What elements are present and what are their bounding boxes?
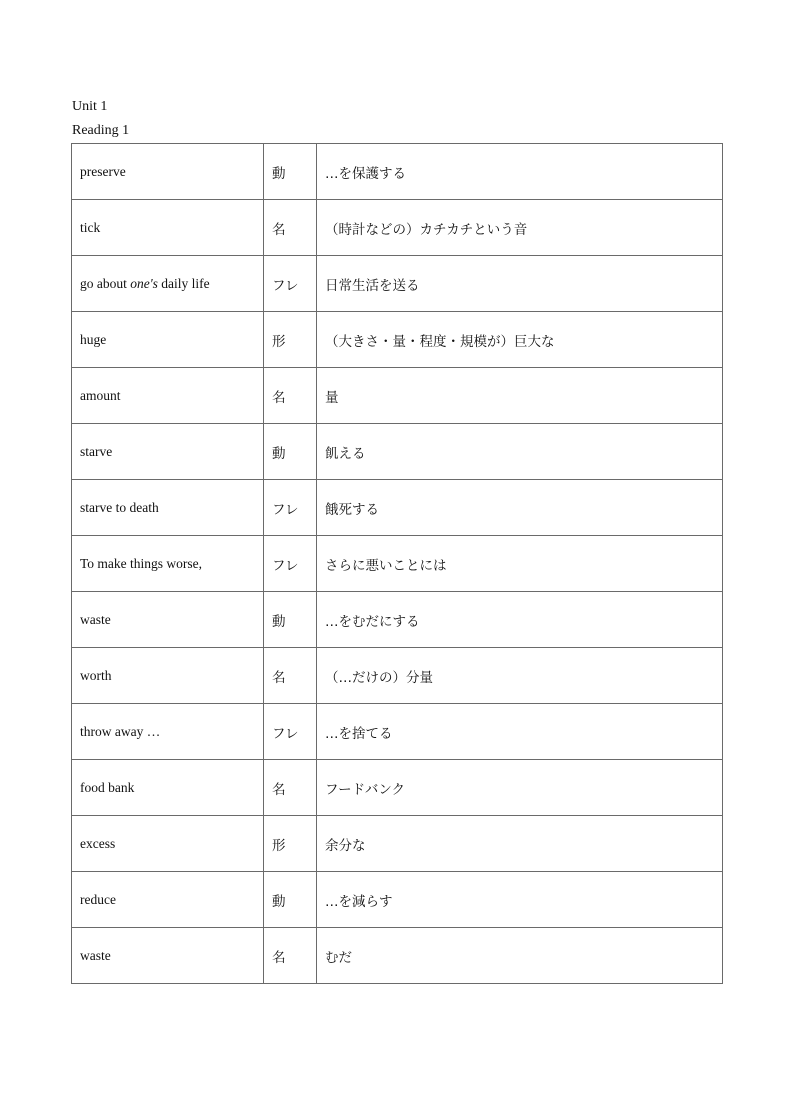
table-row: amount 名 量 — [72, 368, 723, 424]
word-cell: To make things worse, — [72, 536, 264, 592]
part-of-speech-cell: 名 — [264, 200, 317, 256]
part-of-speech-cell: 動 — [264, 424, 317, 480]
table-row: waste 動 …をむだにする — [72, 592, 723, 648]
meaning-cell: （大きさ・量・程度・規模が）巨大な — [317, 312, 723, 368]
meaning-cell: （…だけの）分量 — [317, 648, 723, 704]
word-part: go about — [80, 276, 130, 291]
word-cell: throw away … — [72, 704, 264, 760]
table-row: reduce 動 …を減らす — [72, 872, 723, 928]
table-row: starve 動 飢える — [72, 424, 723, 480]
meaning-cell: …を捨てる — [317, 704, 723, 760]
table-row: waste 名 むだ — [72, 928, 723, 984]
word-cell: tick — [72, 200, 264, 256]
meaning-cell: 量 — [317, 368, 723, 424]
part-of-speech-cell: 動 — [264, 592, 317, 648]
table-row: tick 名 （時計などの）カチカチという音 — [72, 200, 723, 256]
meaning-cell: …を減らす — [317, 872, 723, 928]
meaning-cell: …をむだにする — [317, 592, 723, 648]
part-of-speech-cell: 形 — [264, 312, 317, 368]
part-of-speech-cell: フレ — [264, 256, 317, 312]
word-cell: reduce — [72, 872, 264, 928]
part-of-speech-cell: 名 — [264, 368, 317, 424]
meaning-cell: 余分な — [317, 816, 723, 872]
unit-title: Unit 1 — [72, 99, 107, 115]
meaning-cell: 日常生活を送る — [317, 256, 723, 312]
word-cell: starve — [72, 424, 264, 480]
word-cell: worth — [72, 648, 264, 704]
part-of-speech-cell: 形 — [264, 816, 317, 872]
part-of-speech-cell: フレ — [264, 480, 317, 536]
word-cell: food bank — [72, 760, 264, 816]
part-of-speech-cell: 動 — [264, 872, 317, 928]
word-cell: go about one's daily life — [72, 256, 264, 312]
section-title: Reading 1 — [72, 123, 129, 139]
part-of-speech-cell: 名 — [264, 760, 317, 816]
table-row: preserve 動 …を保護する — [72, 144, 723, 200]
part-of-speech-cell: 名 — [264, 928, 317, 984]
table-row: To make things worse, フレ さらに悪いことには — [72, 536, 723, 592]
meaning-cell: …を保護する — [317, 144, 723, 200]
table-row: worth 名 （…だけの）分量 — [72, 648, 723, 704]
table-row: throw away … フレ …を捨てる — [72, 704, 723, 760]
part-of-speech-cell: 名 — [264, 648, 317, 704]
meaning-cell: むだ — [317, 928, 723, 984]
meaning-cell: 餓死する — [317, 480, 723, 536]
part-of-speech-cell: 動 — [264, 144, 317, 200]
meaning-cell: （時計などの）カチカチという音 — [317, 200, 723, 256]
table-row: huge 形 （大きさ・量・程度・規模が）巨大な — [72, 312, 723, 368]
part-of-speech-cell: フレ — [264, 704, 317, 760]
table-row: go about one's daily life フレ 日常生活を送る — [72, 256, 723, 312]
word-italic-part: one's — [130, 276, 158, 291]
table-row: food bank 名 フードバンク — [72, 760, 723, 816]
word-part: daily life — [158, 276, 210, 291]
meaning-cell: 飢える — [317, 424, 723, 480]
table-row: starve to death フレ 餓死する — [72, 480, 723, 536]
word-cell: amount — [72, 368, 264, 424]
word-cell: starve to death — [72, 480, 264, 536]
part-of-speech-cell: フレ — [264, 536, 317, 592]
word-cell: excess — [72, 816, 264, 872]
word-cell: waste — [72, 928, 264, 984]
table-row: excess 形 余分な — [72, 816, 723, 872]
meaning-cell: さらに悪いことには — [317, 536, 723, 592]
word-cell: preserve — [72, 144, 264, 200]
word-cell: waste — [72, 592, 264, 648]
vocabulary-table: preserve 動 …を保護する tick 名 （時計などの）カチカチという音… — [71, 143, 723, 984]
meaning-cell: フードバンク — [317, 760, 723, 816]
word-cell: huge — [72, 312, 264, 368]
